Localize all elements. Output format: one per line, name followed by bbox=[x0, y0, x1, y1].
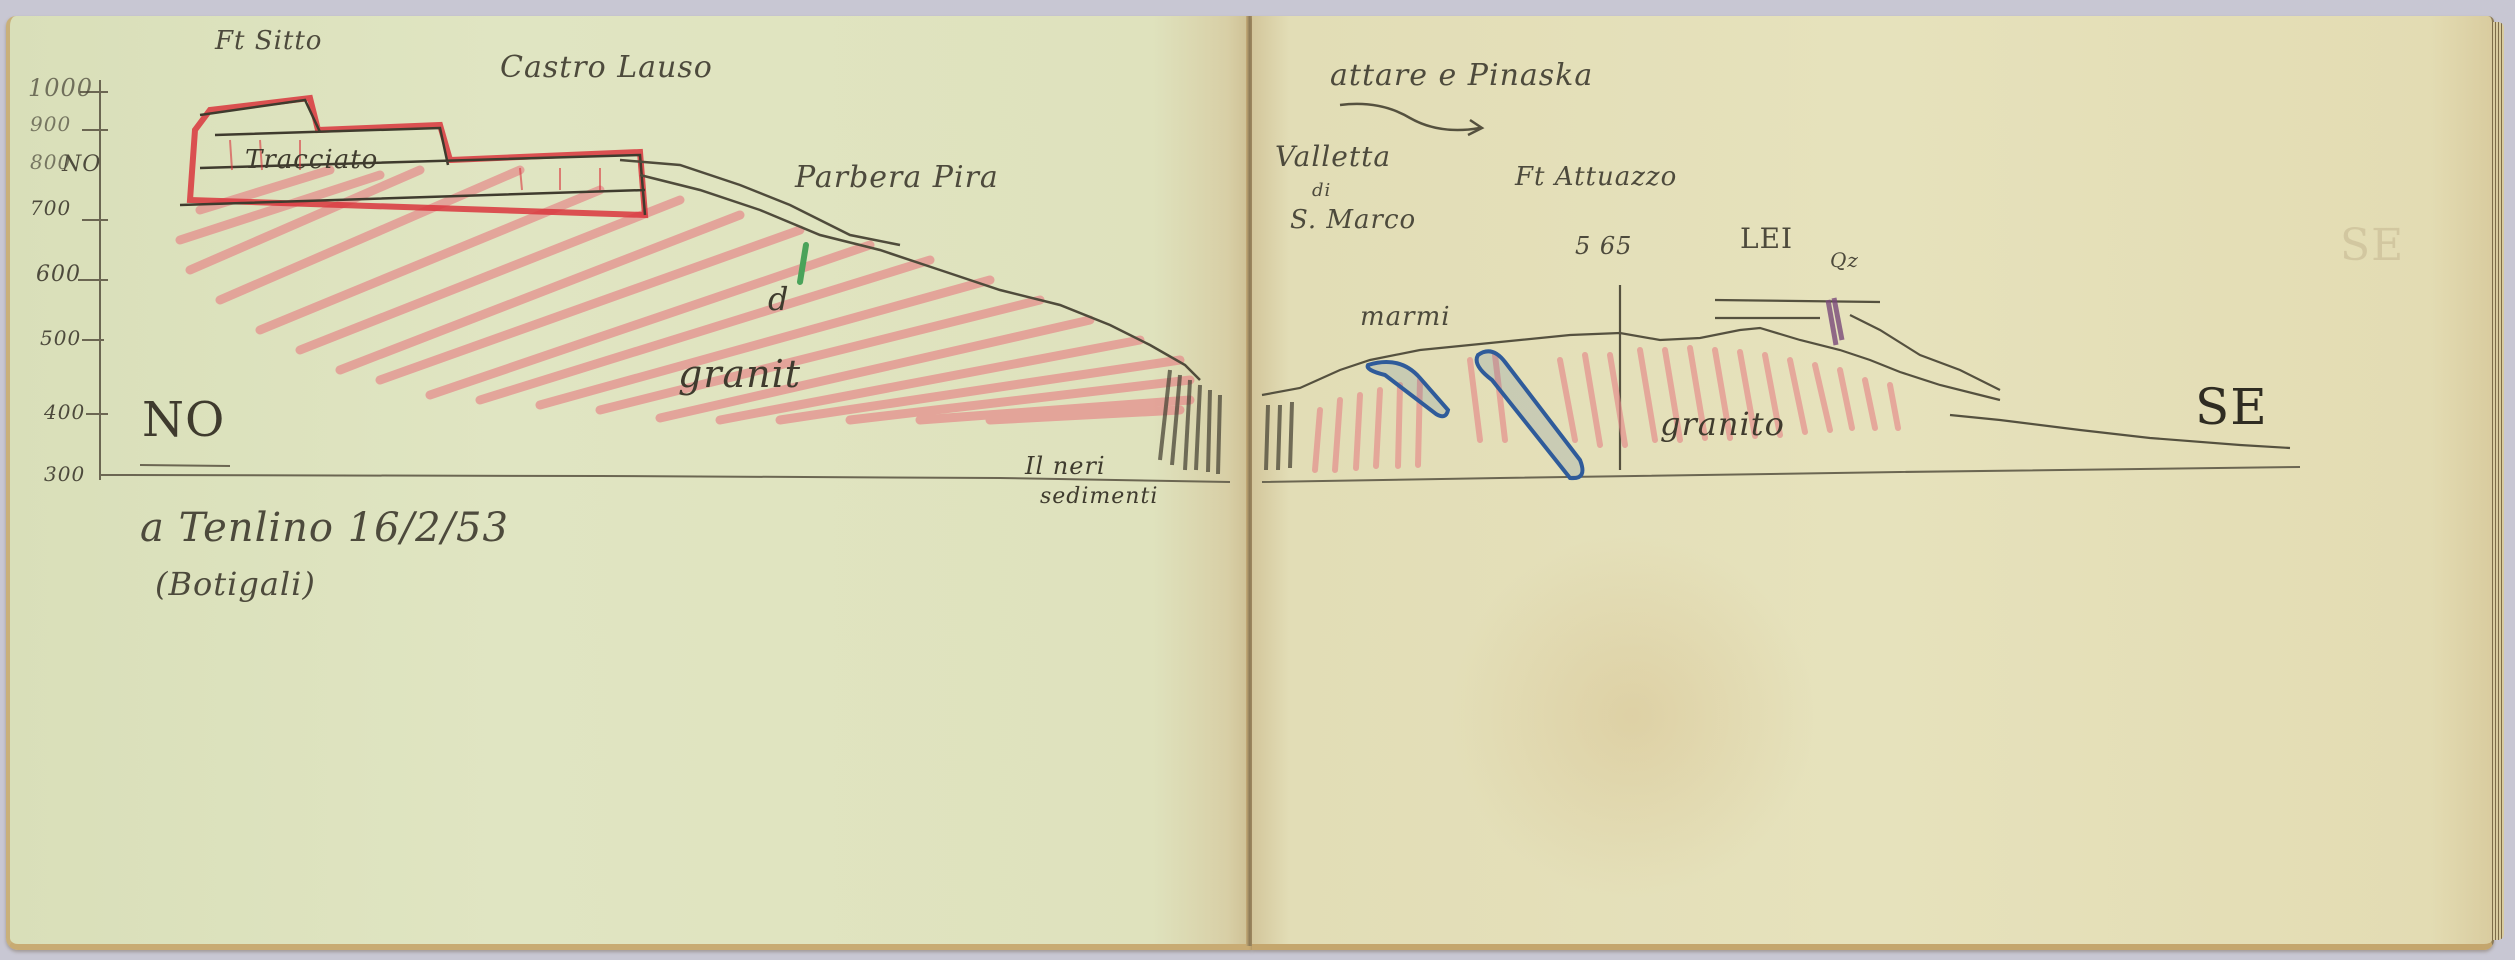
label-arrow-note: attare e Pinaska bbox=[1330, 58, 1593, 93]
label-site: LEI bbox=[1740, 222, 1793, 255]
arrow-head-icon bbox=[1468, 120, 1482, 135]
label-elevation: 5 65 bbox=[1575, 232, 1632, 260]
axis-tick-700: 700 bbox=[30, 196, 71, 220]
axis-tick-300: 300 bbox=[44, 462, 85, 486]
label-fort-right: Ft Attuazzo bbox=[1515, 162, 1677, 192]
label-ridge: Parbera Pira bbox=[795, 160, 999, 195]
label-peak-1: Ft Sitto bbox=[215, 26, 322, 56]
sea-level-baseline bbox=[100, 465, 2300, 482]
date-line: a Tenlino 16/2/53 bbox=[140, 505, 509, 551]
label-marble: marmi bbox=[1360, 302, 1451, 332]
label-valley-2: di bbox=[1312, 180, 1331, 201]
label-valley-1: Valletta bbox=[1275, 140, 1391, 173]
purple-dike bbox=[1828, 298, 1842, 345]
axis-tick-900: 900 bbox=[30, 112, 71, 136]
author-line: (Botigali) bbox=[155, 565, 316, 603]
arrow-icon bbox=[1340, 104, 1480, 130]
axis-tick-500: 500 bbox=[40, 326, 81, 350]
label-fort: Tracciato bbox=[245, 145, 378, 175]
label-peak-2: Castro Lauso bbox=[500, 50, 713, 85]
label-granite-left: granit bbox=[678, 352, 801, 396]
label-valley-note-1: Il neri bbox=[1025, 452, 1106, 480]
direction-label-no: NO bbox=[142, 392, 225, 448]
axis-tick-400: 400 bbox=[44, 400, 85, 424]
ghost-text-se: SE bbox=[2340, 220, 2404, 271]
direction-label-se: SE bbox=[2195, 378, 2268, 436]
label-granite-right: granito bbox=[1660, 405, 1785, 443]
axis-side-note: NO bbox=[62, 152, 101, 177]
green-dike-mark bbox=[800, 245, 806, 282]
cross-section-sketch bbox=[0, 0, 2515, 960]
axis-tick-600: 600 bbox=[36, 262, 81, 287]
label-small-note: Qz bbox=[1830, 248, 1859, 272]
label-valley-3: S. Marco bbox=[1290, 205, 1416, 235]
label-valley-note-2: sedimenti bbox=[1040, 484, 1158, 509]
label-dike: d bbox=[768, 280, 789, 318]
axis-tick-1000: 1000 bbox=[28, 74, 93, 102]
sediment-hatch bbox=[1160, 370, 1292, 474]
